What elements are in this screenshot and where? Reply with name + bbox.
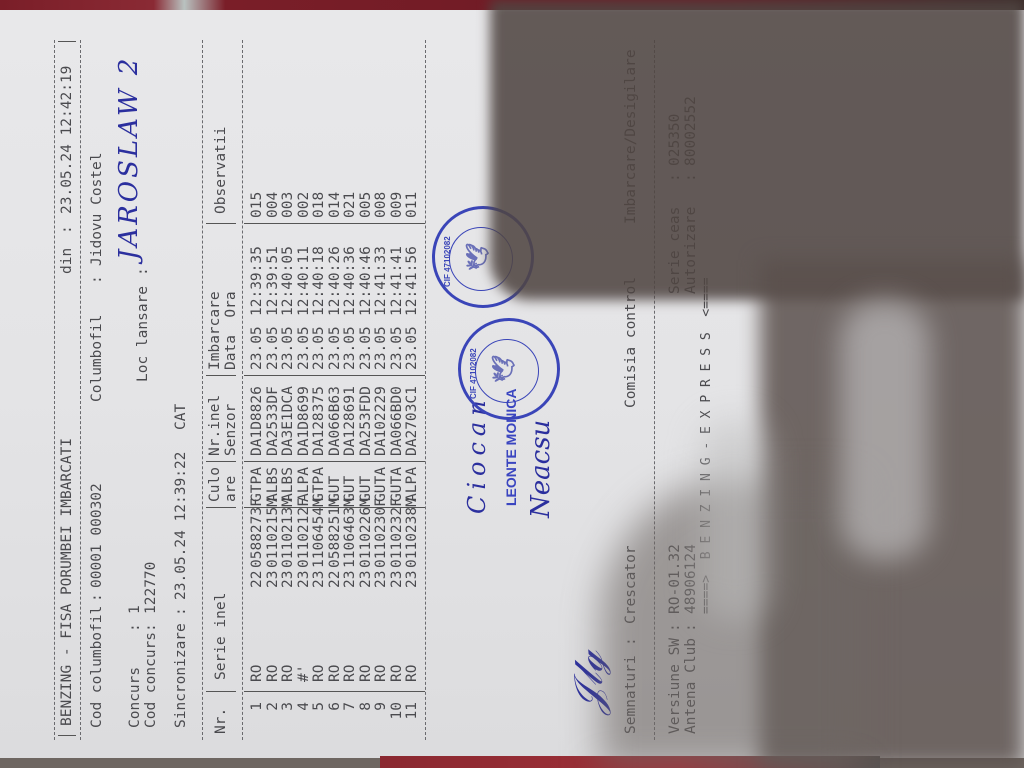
table-column-divider [244,507,425,508]
table-cell-obs: 011 [403,192,421,218]
table-cell-tara: RO [403,665,421,682]
dove-icon: 🕊 [495,355,513,383]
date-value: 23.05.24 12:42:19 [58,66,76,214]
table-bottom-border [425,40,426,740]
header-culoare-2: are [222,476,240,502]
sincronizare-suffix: CAT [172,404,190,430]
date-label: din [58,248,76,274]
table-cell-culoare: ALPA [403,467,421,502]
cod-concurs-label: Cod concurs [142,632,160,728]
table-cell-an: 23 [403,571,421,588]
cod-columbofil-label: Cod columbofil [88,606,106,728]
table-cell-ora: 12:41:56 [403,246,421,316]
loc-lansare-label: Loc lansare [134,286,152,382]
table-column-divider [244,223,425,224]
table-column-divider [244,461,425,462]
table-cell-data: 23.05 [403,326,421,370]
header-serie-inel: Serie inel [212,593,230,680]
crescator-signature: 𝒥𝓁ℊ [580,651,598,714]
table-column-divider [244,375,425,376]
light-patch [840,300,930,560]
table-column-divider [244,691,425,692]
divider [58,41,76,42]
header-nr: Nr. [212,708,230,734]
cod-concurs-value: 122770 [142,562,160,614]
header-nr-inel-2: Senzor [222,404,240,456]
sincronizare-label: Sincronizare [172,623,190,728]
header-observatii: Observatii [212,127,230,214]
club-stamp-1: 🕊 CIF 47102082 [458,318,560,420]
dove-icon: 🕊 [469,243,487,271]
loc-lansare-handwritten: JAROSLAW 2 [120,56,138,260]
columbofil-value: Jidovu Costel [88,153,106,267]
cod-columbofil-value: 00001 000302 [88,483,106,588]
table-header-border [242,40,243,740]
form-title: BENZING - FISA PORUMBEI IMBARCATI [58,438,76,726]
divider [54,40,55,740]
sincronizare-value: 23.05.24 12:39:22 [172,452,190,600]
table-cell-nr: 11 [403,702,421,730]
columbofil-label: Columbofil [88,315,106,402]
divider [80,40,81,740]
handwritten-name-2: Neacsu [532,420,550,518]
divider [58,735,76,736]
table-cell-serie: 0110238M [403,498,421,568]
table-top-border [202,40,203,740]
hand-shadow [490,0,1024,300]
header-imbarcare-2: Data Ora [222,291,240,370]
table-cell-senzor: DA2703C1 [403,386,421,456]
light-patch [700,420,770,620]
